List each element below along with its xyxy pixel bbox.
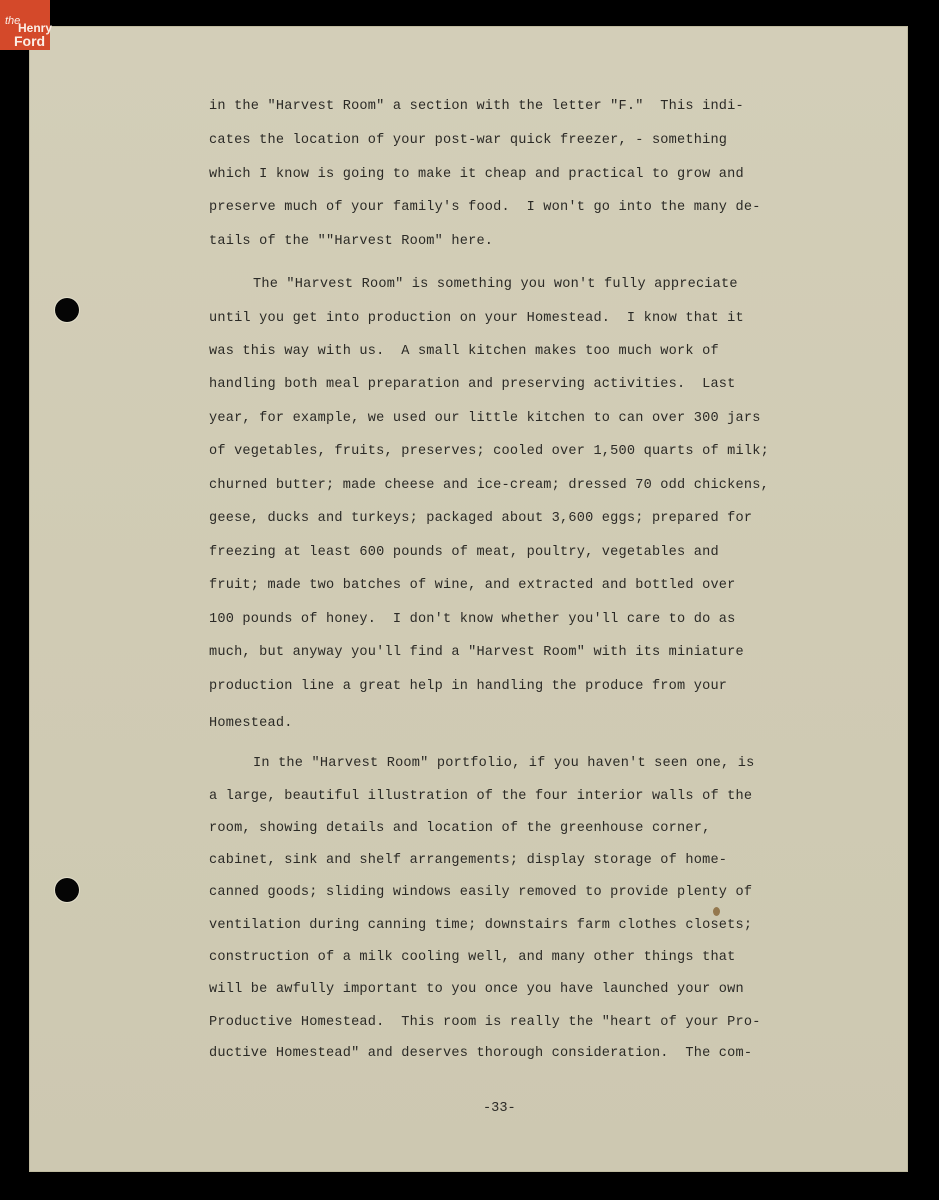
text-line: canned goods; sliding windows easily rem… (209, 883, 752, 903)
text-line: ventilation during canning time; downsta… (209, 916, 752, 936)
text-line: cates the location of your post-war quic… (209, 131, 727, 151)
text-line: churned butter; made cheese and ice-crea… (209, 476, 769, 496)
text-line: until you get into production on your Ho… (209, 309, 744, 329)
text-line: 100 pounds of honey. I don't know whethe… (209, 610, 736, 630)
text-line: freezing at least 600 pounds of meat, po… (209, 543, 719, 563)
text-line: fruit; made two batches of wine, and ext… (209, 576, 736, 596)
text-line: a large, beautiful illustration of the f… (209, 787, 752, 807)
text-line: was this way with us. A small kitchen ma… (209, 342, 719, 362)
document-page: in the "Harvest Room" a section with the… (29, 26, 908, 1172)
text-line: tails of the ""Harvest Room" here. (209, 232, 493, 252)
text-line: geese, ducks and turkeys; packaged about… (209, 509, 752, 529)
punch-hole-icon (55, 878, 79, 902)
text-line: in the "Harvest Room" a section with the… (209, 97, 744, 117)
punch-hole-icon (55, 298, 79, 322)
text-line: Productive Homestead. This room is reall… (209, 1013, 761, 1033)
text-line: In the "Harvest Room" portfolio, if you … (253, 754, 754, 774)
text-line: which I know is going to make it cheap a… (209, 165, 744, 185)
document-viewer: the Henry Ford in the "Harvest Room" a s… (0, 0, 939, 1200)
page-number: -33- (483, 1101, 516, 1116)
text-line: The "Harvest Room" is something you won'… (253, 275, 738, 295)
henry-ford-logo: the Henry Ford (0, 0, 50, 50)
paper-stain (713, 907, 720, 916)
text-line: will be awfully important to you once yo… (209, 980, 744, 1000)
text-line: production line a great help in handling… (209, 677, 727, 697)
text-line: room, showing details and location of th… (209, 819, 710, 839)
text-line: cabinet, sink and shelf arrangements; di… (209, 851, 727, 871)
text-line: construction of a milk cooling well, and… (209, 948, 736, 968)
text-line: much, but anyway you'll find a "Harvest … (209, 643, 744, 663)
text-line: handling both meal preparation and prese… (209, 375, 736, 395)
logo-ford: Ford (14, 34, 45, 48)
text-line: ductive Homestead" and deserves thorough… (209, 1044, 752, 1064)
text-line: Homestead. (209, 714, 293, 734)
text-line: of vegetables, fruits, preserves; cooled… (209, 442, 769, 462)
text-line: preserve much of your family's food. I w… (209, 198, 761, 218)
text-line: year, for example, we used our little ki… (209, 409, 761, 429)
